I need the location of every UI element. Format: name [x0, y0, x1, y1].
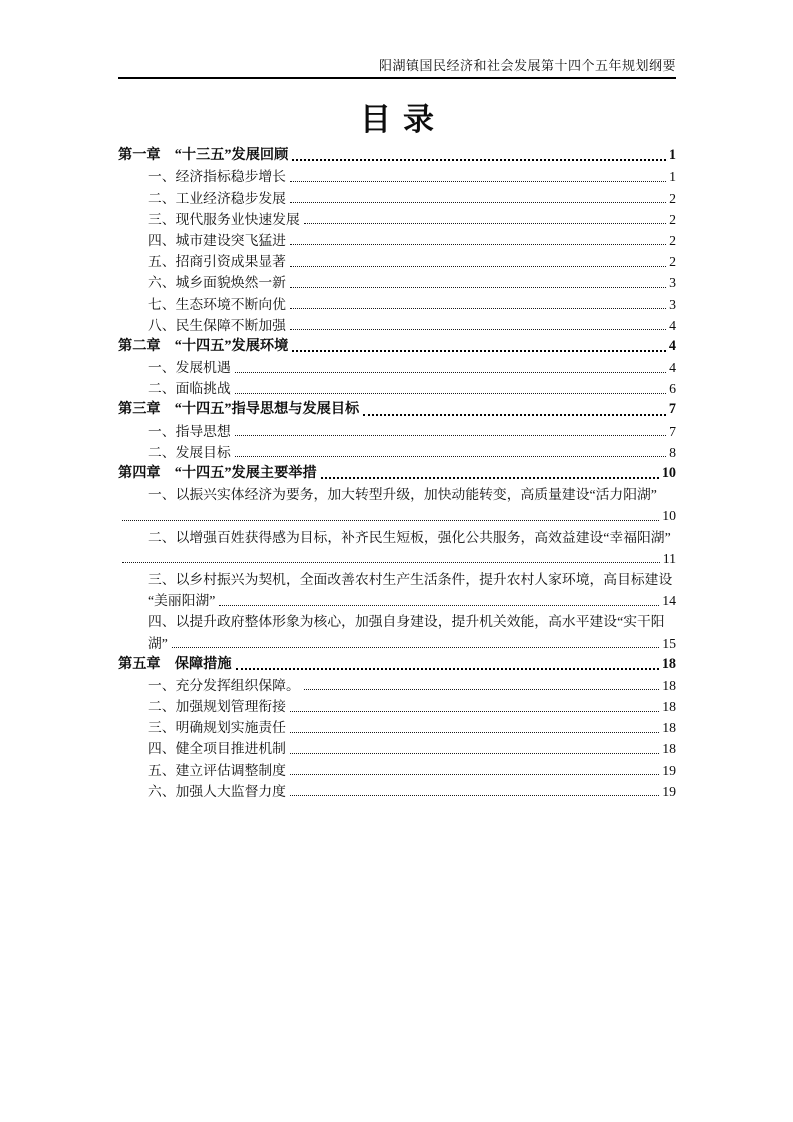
toc-page-number: 10 — [662, 464, 676, 483]
toc-entry: 第一章 “十三五”发展回顾1 — [118, 144, 676, 165]
toc-leader-dots — [321, 477, 659, 479]
toc-entry-text: 三、明确规划实施责任 — [148, 718, 286, 737]
toc-entry-text: 第三章 “十四五”指导思想与发展目标 — [118, 400, 359, 419]
toc-leader-dots — [363, 414, 666, 416]
toc-entry-text: 二、以增强百姓获得感为目标，补齐民生短板，强化公共服务，高效益建设“幸福阳湖” — [148, 528, 671, 547]
toc-entry-text: 第二章 “十四五”发展环境 — [118, 337, 288, 356]
toc-page-number: 1 — [669, 146, 676, 165]
toc-entry: 二、发展目标8 — [118, 441, 676, 462]
toc-page-number: 15 — [662, 634, 676, 653]
toc-entry-text: 五、招商引资成果显著 — [148, 252, 286, 271]
toc-leader-dots — [290, 308, 666, 309]
toc-row: 三、现代服务业快速发展2 — [118, 208, 676, 229]
toc-leader-dots — [290, 753, 659, 754]
toc-row: 二、工业经济稳步发展2 — [118, 186, 676, 207]
toc-leader-dots — [290, 329, 666, 330]
toc-entry-text: 三、现代服务业快速发展 — [148, 210, 300, 229]
toc-page-number: 7 — [669, 422, 676, 441]
toc-entry-text: 四、以提升政府整体形象为核心，加强自身建设，提升机关效能，高水平建设“实干阳 — [148, 612, 665, 631]
toc-row: 湖”15 — [118, 631, 676, 652]
toc-entry-text: 二、加强规划管理衔接 — [148, 697, 286, 716]
toc-page-number: 18 — [662, 676, 676, 695]
toc-entry: 四、城市建设突飞猛进2 — [118, 229, 676, 250]
toc-row: 二、发展目标8 — [118, 441, 676, 462]
toc-entry: 五、招商引资成果显著2 — [118, 250, 676, 271]
toc-leader-dots — [235, 393, 666, 394]
toc-entry: 第二章 “十四五”发展环境4 — [118, 335, 676, 356]
toc-page-number: 10 — [662, 506, 676, 525]
toc-row: 第三章 “十四五”指导思想与发展目标7 — [118, 398, 676, 419]
toc-row: 一、指导思想7 — [118, 419, 676, 440]
toc-entry: 三、现代服务业快速发展2 — [118, 208, 676, 229]
toc-leader-dots — [290, 774, 659, 775]
toc-row: 一、发展机遇4 — [118, 356, 676, 377]
toc-entry-text: 三、以乡村振兴为契机，全面改善农村生产生活条件，提升农村人家环境，高目标建设 — [148, 570, 672, 589]
toc-entry: 第五章 保障措施18 — [118, 653, 676, 674]
toc-leader-dots — [292, 159, 666, 161]
toc-entry-text: 一、以振兴实体经济为要务，加大转型升级，加快动能转变，高质量建设“活力阳湖” — [148, 485, 657, 504]
toc-entry-text: 第四章 “十四五”发展主要举措 — [118, 464, 317, 483]
document-page: 阳湖镇国民经济和社会发展第十四个五年规划纲要 目录 第一章 “十三五”发展回顾1… — [0, 0, 793, 1122]
toc-leader-dots — [290, 287, 666, 288]
toc-leader-dots — [290, 202, 666, 203]
toc-entry: 四、健全项目推进机制18 — [118, 737, 676, 758]
toc-page-number: 2 — [669, 231, 676, 250]
toc-row: 一、以振兴实体经济为要务，加大转型升级，加快动能转变，高质量建设“活力阳湖” — [118, 483, 676, 504]
toc-entry-text: “美丽阳湖” — [148, 591, 215, 610]
toc-entry: 六、城乡面貌焕然一新3 — [118, 271, 676, 292]
toc-leader-dots — [122, 520, 659, 521]
toc-row: 二、面临挑战6 — [118, 377, 676, 398]
toc-leader-dots — [292, 350, 666, 352]
toc-row: 11 — [118, 547, 676, 568]
toc-leader-dots — [235, 435, 666, 436]
document-header: 阳湖镇国民经济和社会发展第十四个五年规划纲要 — [118, 58, 676, 79]
toc-row: 三、明确规划实施责任18 — [118, 716, 676, 737]
toc-leader-dots — [236, 668, 659, 670]
toc-entry-text: 七、生态环境不断向优 — [148, 295, 286, 314]
toc-leader-dots — [290, 244, 666, 245]
toc-row: 五、招商引资成果显著2 — [118, 250, 676, 271]
toc-entry-text: 四、城市建设突飞猛进 — [148, 231, 286, 250]
toc-entry-text: 二、面临挑战 — [148, 379, 231, 398]
toc-leader-dots — [290, 732, 659, 733]
toc-page-number: 4 — [669, 337, 676, 356]
toc-row: 六、加强人大监督力度19 — [118, 780, 676, 801]
toc-page-number: 18 — [662, 739, 676, 758]
toc-leader-dots — [290, 711, 659, 712]
toc-row: 第二章 “十四五”发展环境4 — [118, 335, 676, 356]
toc-entry: 三、以乡村振兴为契机，全面改善农村生产生活条件，提升农村人家环境，高目标建设“美… — [118, 568, 676, 610]
toc-page-number: 19 — [662, 761, 676, 780]
toc-entry: 三、明确规划实施责任18 — [118, 716, 676, 737]
toc-page-number: 18 — [662, 655, 676, 674]
toc-row: 八、民生保障不断加强4 — [118, 314, 676, 335]
toc-page-number: 2 — [669, 252, 676, 271]
toc-entry-text: 湖” — [148, 634, 168, 653]
toc-entry: 四、以提升政府整体形象为核心，加强自身建设，提升机关效能，高水平建设“实干阳湖”… — [118, 610, 676, 652]
toc-page-number: 8 — [669, 443, 676, 462]
toc-list: 第一章 “十三五”发展回顾1一、经济指标稳步增长1二、工业经济稳步发展2三、现代… — [118, 144, 676, 801]
toc-row: 一、充分发挥组织保障。18 — [118, 674, 676, 695]
toc-row: 10 — [118, 504, 676, 525]
toc-leader-dots — [290, 795, 659, 796]
toc-page-number: 18 — [662, 718, 676, 737]
toc-entry: 一、发展机遇4 — [118, 356, 676, 377]
toc-entry: 一、以振兴实体经济为要务，加大转型升级，加快动能转变，高质量建设“活力阳湖”10 — [118, 483, 676, 525]
toc-row: 四、以提升政府整体形象为核心，加强自身建设，提升机关效能，高水平建设“实干阳 — [118, 610, 676, 631]
toc-page-number: 1 — [669, 167, 676, 186]
toc-page-number: 4 — [669, 358, 676, 377]
toc-leader-dots — [172, 647, 659, 648]
toc-entry: 六、加强人大监督力度19 — [118, 780, 676, 801]
toc-entry-text: 八、民生保障不断加强 — [148, 316, 286, 335]
toc-entry-text: 六、城乡面貌焕然一新 — [148, 273, 286, 292]
toc-page-number: 4 — [669, 316, 676, 335]
toc-row: 一、经济指标稳步增长1 — [118, 165, 676, 186]
toc-page-number: 3 — [669, 295, 676, 314]
toc-row: “美丽阳湖”14 — [118, 589, 676, 610]
toc-leader-dots — [304, 223, 666, 224]
toc-entry: 二、加强规划管理衔接18 — [118, 695, 676, 716]
toc-entry: 五、建立评估调整制度19 — [118, 758, 676, 779]
page-title: 目录 — [118, 100, 676, 140]
toc-row: 四、城市建设突飞猛进2 — [118, 229, 676, 250]
toc-page-number: 14 — [662, 591, 676, 610]
toc-entry-text: 六、加强人大监督力度 — [148, 782, 286, 801]
toc-page-number: 18 — [662, 697, 676, 716]
toc-leader-dots — [304, 689, 659, 690]
toc-entry-text: 四、健全项目推进机制 — [148, 739, 286, 758]
toc-row: 五、建立评估调整制度19 — [118, 758, 676, 779]
toc-row: 三、以乡村振兴为契机，全面改善农村生产生活条件，提升农村人家环境，高目标建设 — [118, 568, 676, 589]
toc-leader-dots — [290, 266, 666, 267]
toc-page-number: 19 — [662, 782, 676, 801]
toc-entry-text: 五、建立评估调整制度 — [148, 761, 286, 780]
toc-row: 四、健全项目推进机制18 — [118, 737, 676, 758]
toc-leader-dots — [290, 181, 666, 182]
toc-page-number: 7 — [669, 400, 676, 419]
toc-entry-text: 一、充分发挥组织保障。 — [148, 676, 300, 695]
toc-entry: 一、指导思想7 — [118, 419, 676, 440]
toc-entry: 八、民生保障不断加强4 — [118, 314, 676, 335]
toc-row: 二、加强规划管理衔接18 — [118, 695, 676, 716]
toc-entry: 二、面临挑战6 — [118, 377, 676, 398]
toc-entry: 第四章 “十四五”发展主要举措10 — [118, 462, 676, 483]
toc-page-number: 2 — [669, 210, 676, 229]
toc-entry: 第三章 “十四五”指导思想与发展目标7 — [118, 398, 676, 419]
toc-leader-dots — [235, 456, 666, 457]
toc-row: 第五章 保障措施18 — [118, 653, 676, 674]
toc-entry-text: 第五章 保障措施 — [118, 655, 232, 674]
toc-leader-dots — [219, 605, 659, 606]
toc-page-number: 11 — [663, 549, 676, 568]
toc-entry-text: 一、经济指标稳步增长 — [148, 167, 286, 186]
toc-entry-text: 一、发展机遇 — [148, 358, 231, 377]
toc-entry: 七、生态环境不断向优3 — [118, 292, 676, 313]
toc-leader-dots — [122, 562, 660, 563]
toc-entry-text: 二、发展目标 — [148, 443, 231, 462]
toc-entry-text: 一、指导思想 — [148, 422, 231, 441]
toc-row: 第一章 “十三五”发展回顾1 — [118, 144, 676, 165]
toc-page-number: 3 — [669, 273, 676, 292]
toc-page-number: 6 — [669, 379, 676, 398]
toc-row: 二、以增强百姓获得感为目标，补齐民生短板，强化公共服务，高效益建设“幸福阳湖” — [118, 525, 676, 546]
toc-leader-dots — [235, 372, 666, 373]
toc-entry: 二、以增强百姓获得感为目标，补齐民生短板，强化公共服务，高效益建设“幸福阳湖”1… — [118, 525, 676, 567]
toc-entry-text: 二、工业经济稳步发展 — [148, 189, 286, 208]
toc-row: 六、城乡面貌焕然一新3 — [118, 271, 676, 292]
toc-row: 第四章 “十四五”发展主要举措10 — [118, 462, 676, 483]
toc-entry-text: 第一章 “十三五”发展回顾 — [118, 146, 288, 165]
toc-row: 七、生态环境不断向优3 — [118, 292, 676, 313]
toc-entry: 一、经济指标稳步增长1 — [118, 165, 676, 186]
toc-entry: 二、工业经济稳步发展2 — [118, 186, 676, 207]
toc-page-number: 2 — [669, 189, 676, 208]
toc-entry: 一、充分发挥组织保障。18 — [118, 674, 676, 695]
